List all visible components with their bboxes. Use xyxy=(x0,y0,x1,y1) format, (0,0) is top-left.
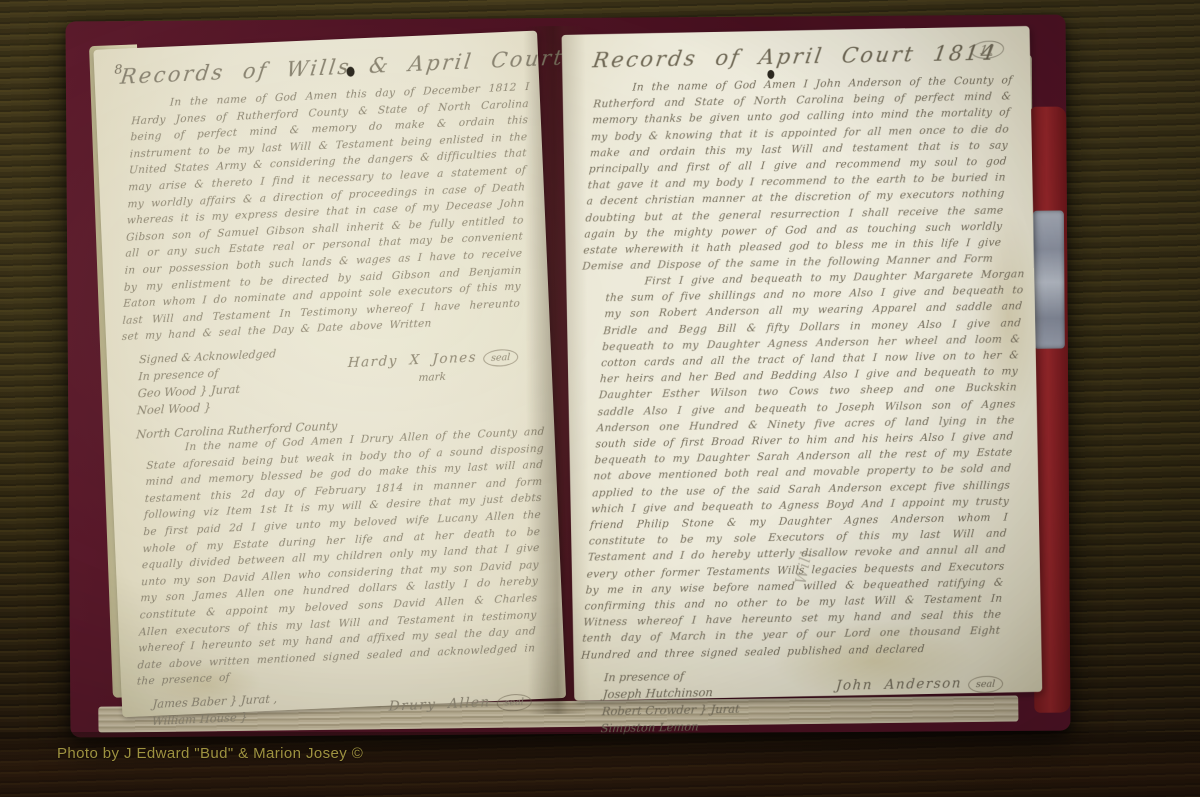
will-hardy-jones-body: In the name of God Amen this day of Dece… xyxy=(121,79,530,346)
will-john-anderson-attestation: In presence of Joseph Hutchinson Robert … xyxy=(600,662,1013,738)
seal-mark: seal xyxy=(967,676,1003,694)
right-page-header-row: Records of April Court 1814 11 xyxy=(586,40,1004,72)
tape-patch xyxy=(1033,211,1065,349)
will-john-anderson-body-2: First I give and bequeath to my Daughter… xyxy=(581,267,1025,664)
witness-name: Simpston Lemon xyxy=(600,718,739,738)
will-john-anderson-body-1: In the name of God Amen I John Anderson … xyxy=(582,72,1013,275)
right-page-title: Records of April Court 1814 xyxy=(591,41,998,73)
signature-name: Hardy X Jones xyxy=(347,349,477,371)
attestation-left: In presence of Joseph Hutchinson Robert … xyxy=(600,667,742,738)
right-page: Records of April Court 1814 11 In the na… xyxy=(562,26,1043,701)
will-drury-allen-body: In the name of God Amen I Drury Allen of… xyxy=(136,423,545,690)
photographer-watermark: Photo by J Edward "Bud" & Marion Josey © xyxy=(57,745,363,762)
signature-block: Hardy X Jonesseal mark xyxy=(347,344,527,387)
attestation-left: Signed & Acknowledged In presence of Geo… xyxy=(137,345,277,419)
table-shadow-band xyxy=(0,732,1200,797)
signature-name: John Anderson xyxy=(836,676,963,694)
left-page: 8 Records of Wills & April Court 1814 In… xyxy=(93,31,566,718)
seal-mark: seal xyxy=(483,349,519,368)
seal-mark: seal xyxy=(496,693,532,712)
ink-blot xyxy=(767,70,774,79)
witness-name: Robert Crowder } Jurat xyxy=(601,701,740,721)
attestation-left: James Baber } Jurat , William House } xyxy=(152,690,278,730)
photo-of-record-book: 8 Records of Wills & April Court 1814 In… xyxy=(0,0,1200,797)
book-cover: 8 Records of Wills & April Court 1814 In… xyxy=(66,15,1071,738)
left-page-writing: 8 Records of Wills & April Court 1814 In… xyxy=(93,31,566,718)
signature-block: John Andersonseal xyxy=(835,672,1012,696)
will-hardy-jones-attestation: Signed & Acknowledged In presence of Geo… xyxy=(137,334,528,419)
right-page-writing: Records of April Court 1814 11 In the na… xyxy=(562,26,1043,701)
signature-block: Drury Allenseal xyxy=(388,689,540,717)
signature-name: Drury Allen xyxy=(388,694,491,714)
his-mark-label: mark xyxy=(347,368,518,387)
